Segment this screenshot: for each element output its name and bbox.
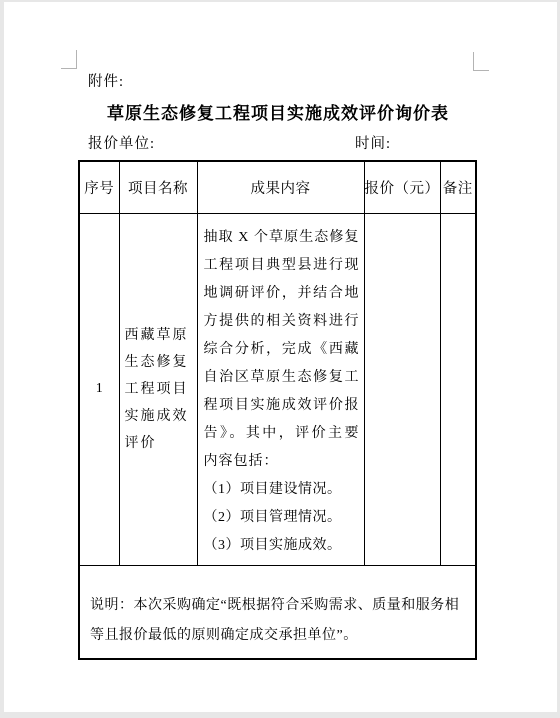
cell-project-name: 西藏草原 生态修复 工程项目 实施成效 评价 (119, 213, 197, 565)
text-boundary-mark-top-right (473, 52, 489, 71)
col-header-no: 序号 (79, 161, 119, 213)
attachment-label: 附件: (88, 70, 124, 91)
achievement-content-text: 抽取 X 个草原生态修复工程项目典型县进行现地调研评价，并结合地方提供的相关资料… (198, 219, 364, 560)
text-boundary-mark-top-left (61, 50, 77, 69)
time-label: 时间: (355, 132, 391, 153)
table-note-row: 说明：本次采购确定“既根据符合采购需求、质量和服务相等且报价最低的原则确定成交承… (79, 565, 476, 659)
cell-remark (440, 213, 476, 565)
project-name-text: 西藏草原 生态修复 工程项目 实施成效 评价 (120, 322, 197, 457)
note-text: 说明：本次采购确定“既根据符合采购需求、质量和服务相等且报价最低的原则确定成交承… (80, 572, 475, 651)
cell-achievement-content: 抽取 X 个草原生态修复工程项目典型县进行现地调研评价，并结合地方提供的相关资料… (197, 213, 364, 565)
col-header-project-name: 项目名称 (119, 161, 197, 213)
content-item-3: （3）项目实施成效。 (204, 532, 360, 560)
page-title: 草原生态修复工程项目实施成效评价询价表 (61, 99, 495, 124)
inquiry-table: 序号 项目名称 成果内容 报价（元） 备注 1 西藏草原 生态修复 工程项目 实… (78, 160, 477, 660)
word-document-view: 附件: 草原生态修复工程项目实施成效评价询价表 报价单位: 时间: 序号 项目名… (0, 0, 560, 718)
col-header-price: 报价（元） (364, 161, 440, 213)
meta-row: 报价单位: 时间: (4, 132, 557, 152)
content-item-1: （1）项目建设情况。 (204, 476, 360, 504)
content-item-2: （2）项目管理情况。 (204, 504, 360, 532)
col-header-content: 成果内容 (197, 161, 364, 213)
table-row: 1 西藏草原 生态修复 工程项目 实施成效 评价 抽取 X 个草原生态修复工程项… (79, 213, 476, 565)
content-intro-paragraph: 抽取 X 个草原生态修复工程项目典型县进行现地调研评价，并结合地方提供的相关资料… (204, 224, 360, 476)
table-header-row: 序号 项目名称 成果内容 报价（元） 备注 (79, 161, 476, 213)
document-page: 附件: 草原生态修复工程项目实施成效评价询价表 报价单位: 时间: 序号 项目名… (4, 2, 557, 712)
cell-note: 说明：本次采购确定“既根据符合采购需求、质量和服务相等且报价最低的原则确定成交承… (79, 565, 476, 659)
cell-price (364, 213, 440, 565)
col-header-remark: 备注 (440, 161, 476, 213)
cell-serial-number: 1 (79, 213, 119, 565)
quote-unit-label: 报价单位: (88, 132, 155, 153)
